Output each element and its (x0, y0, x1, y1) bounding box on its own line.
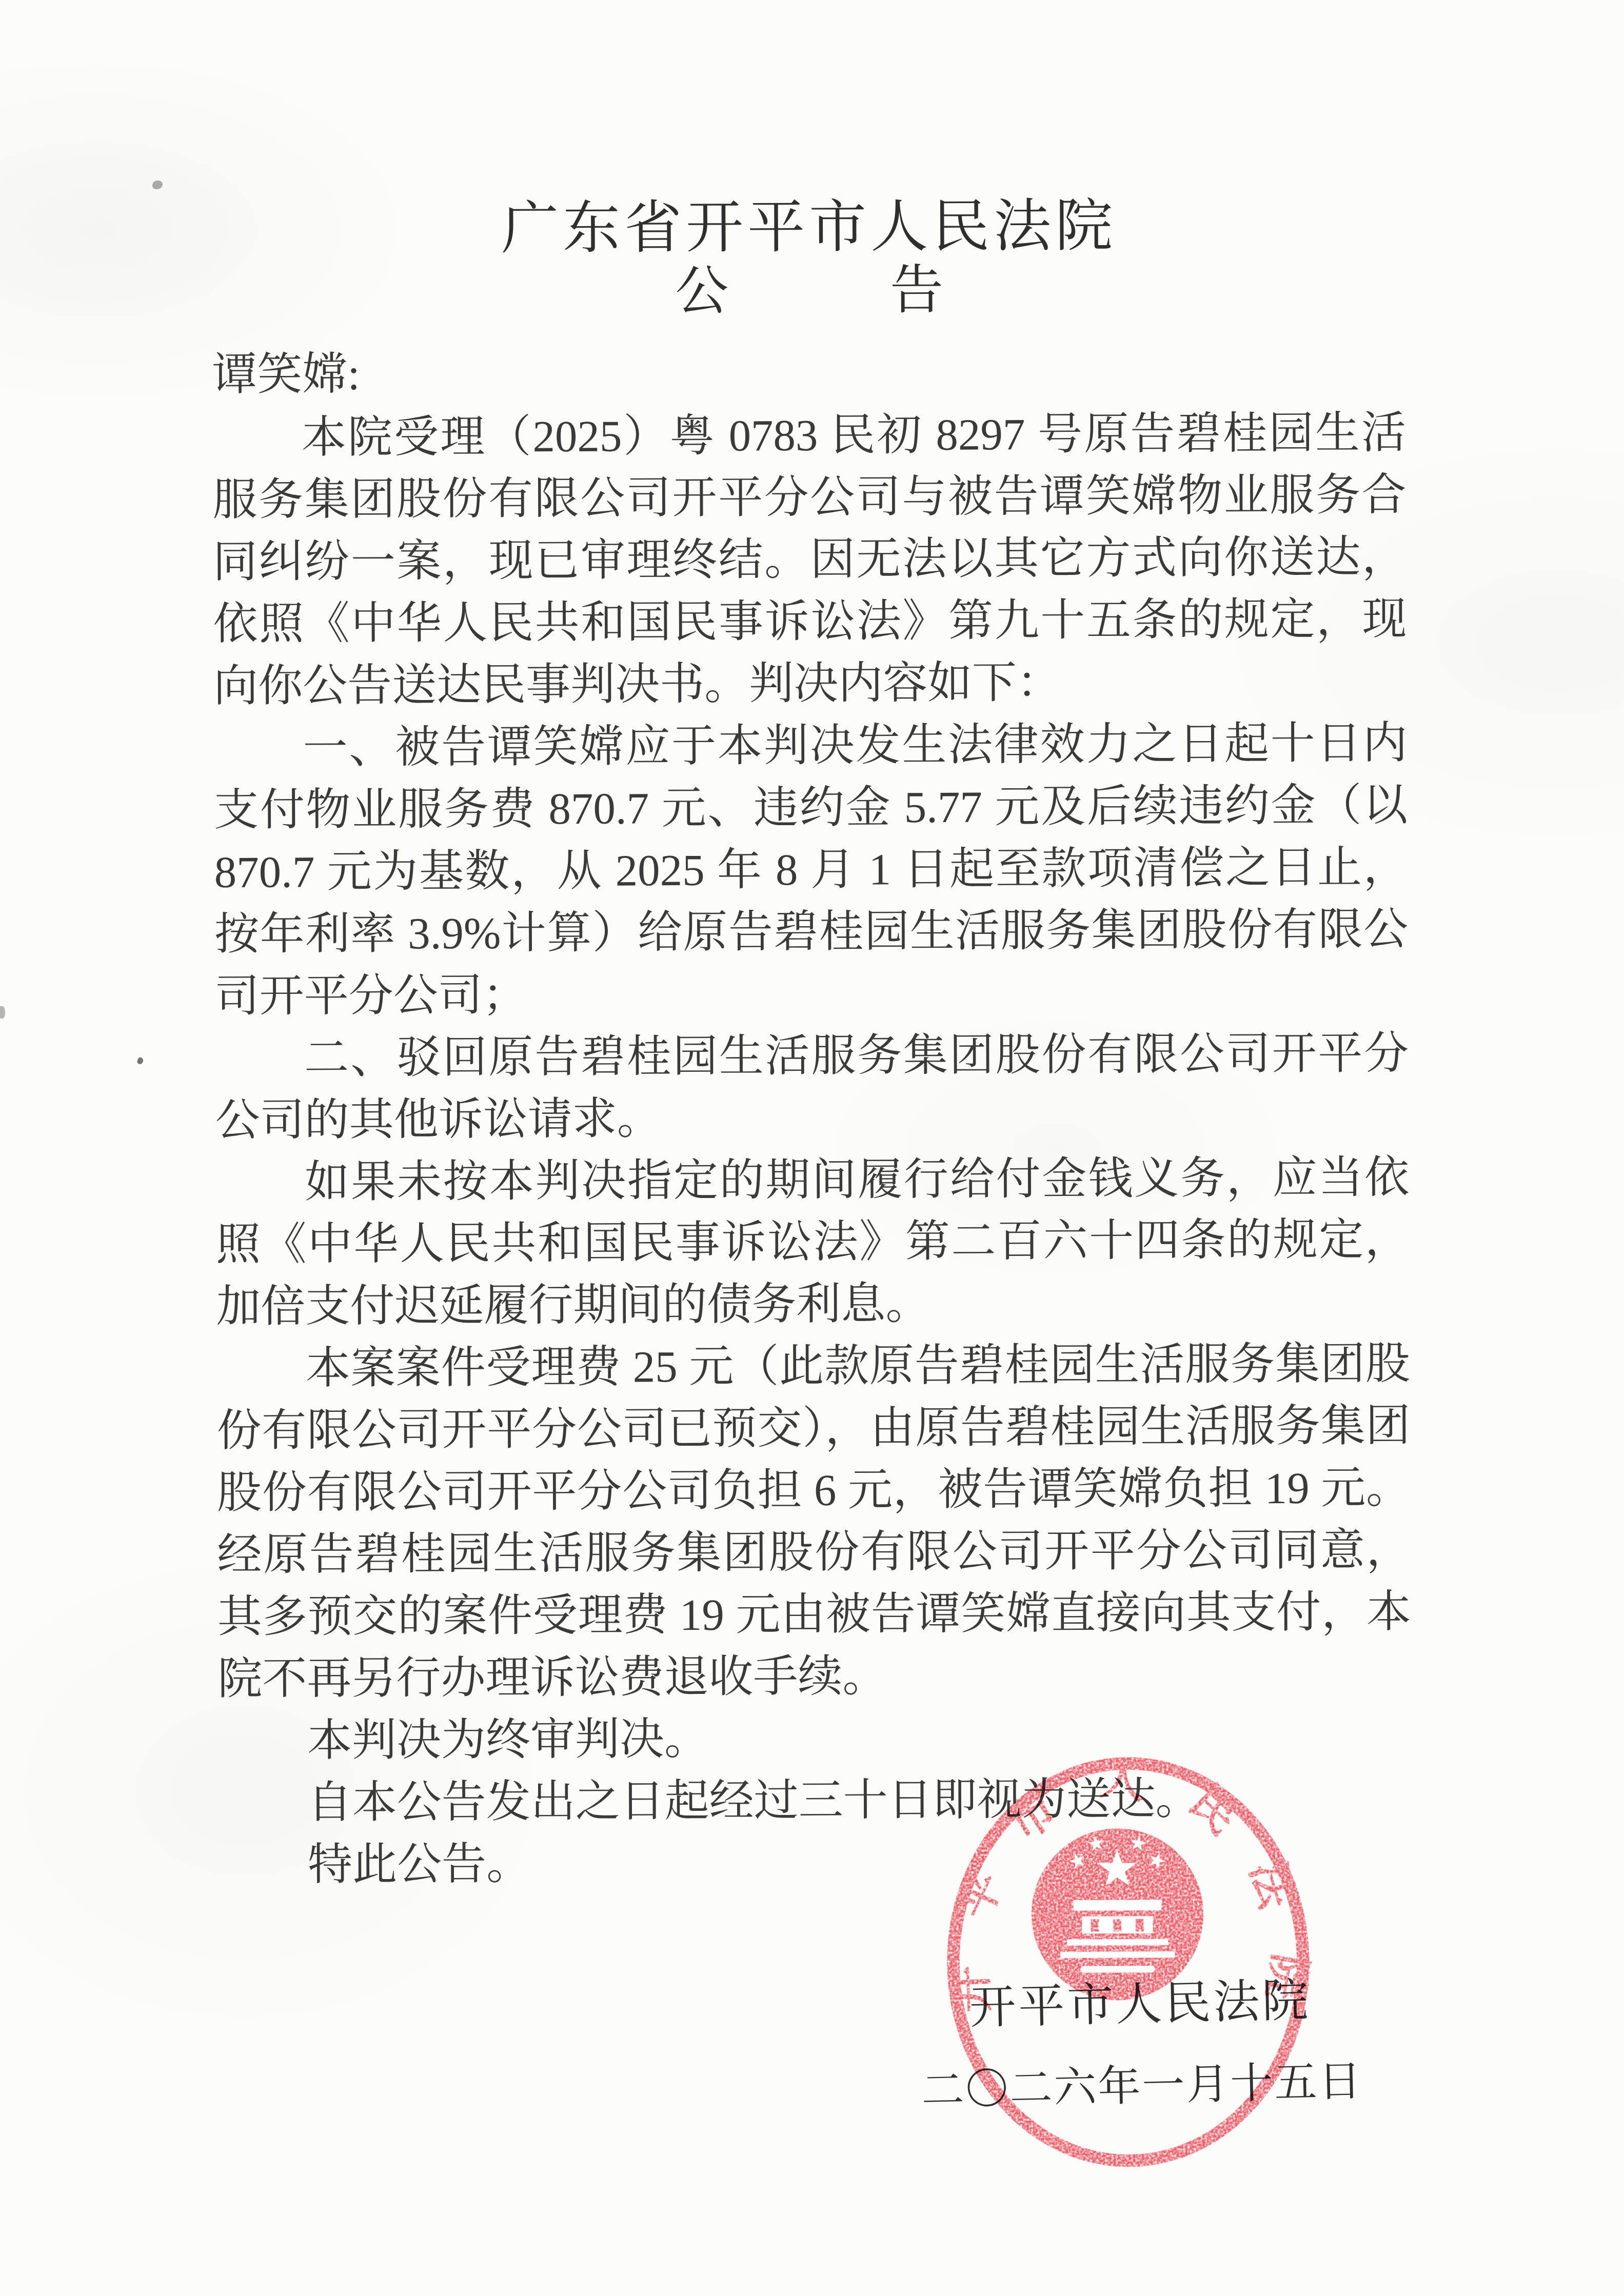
notice-body: 本院受理（2025）粤 0783 民初 8297 号原告碧桂园生活服务集团股份有… (212, 402, 1413, 1896)
para-case-intro: 本院受理（2025）粤 0783 民初 8297 号原告碧桂园生活服务集团股份有… (212, 402, 1408, 717)
court-title: 广东省开平市人民法院 (0, 194, 1621, 262)
scan-artifact-edge-mark (0, 1006, 5, 1019)
para-judgment-item-2: 二、驳回原告碧桂园生活服务集团股份有限公司开平分公司的其他诉讼请求。 (215, 1022, 1409, 1151)
document-content: 广东省开平市人民法院 公告 谭笑嫦: 本院受理（2025）粤 0783 民初 8… (0, 0, 1624, 2296)
official-court-seal: 开平市人民法院 (936, 1745, 1320, 2180)
para-late-performance: 如果未按本判决指定的期间履行给付金钱义务，应当依照《中华人民共和国民事诉讼法》第… (215, 1146, 1410, 1337)
para-court-fees: 本案案件受理费 25 元（此款原告碧桂园生活服务集团股份有限公司开平分公司已预交… (216, 1332, 1412, 1710)
notice-title: 公告 (0, 258, 1621, 325)
addressee-line: 谭笑嫦: (212, 339, 1406, 407)
para-judgment-item-1: 一、被告谭笑嫦应于本判决发生法律效力之日起十日内支付物业服务费 870.7 元、… (213, 712, 1409, 1027)
national-emblem-icon (1031, 1828, 1204, 2001)
scanned-court-notice-page: 广东省开平市人民法院 公告 谭笑嫦: 本院受理（2025）粤 0783 民初 8… (0, 0, 1624, 2296)
